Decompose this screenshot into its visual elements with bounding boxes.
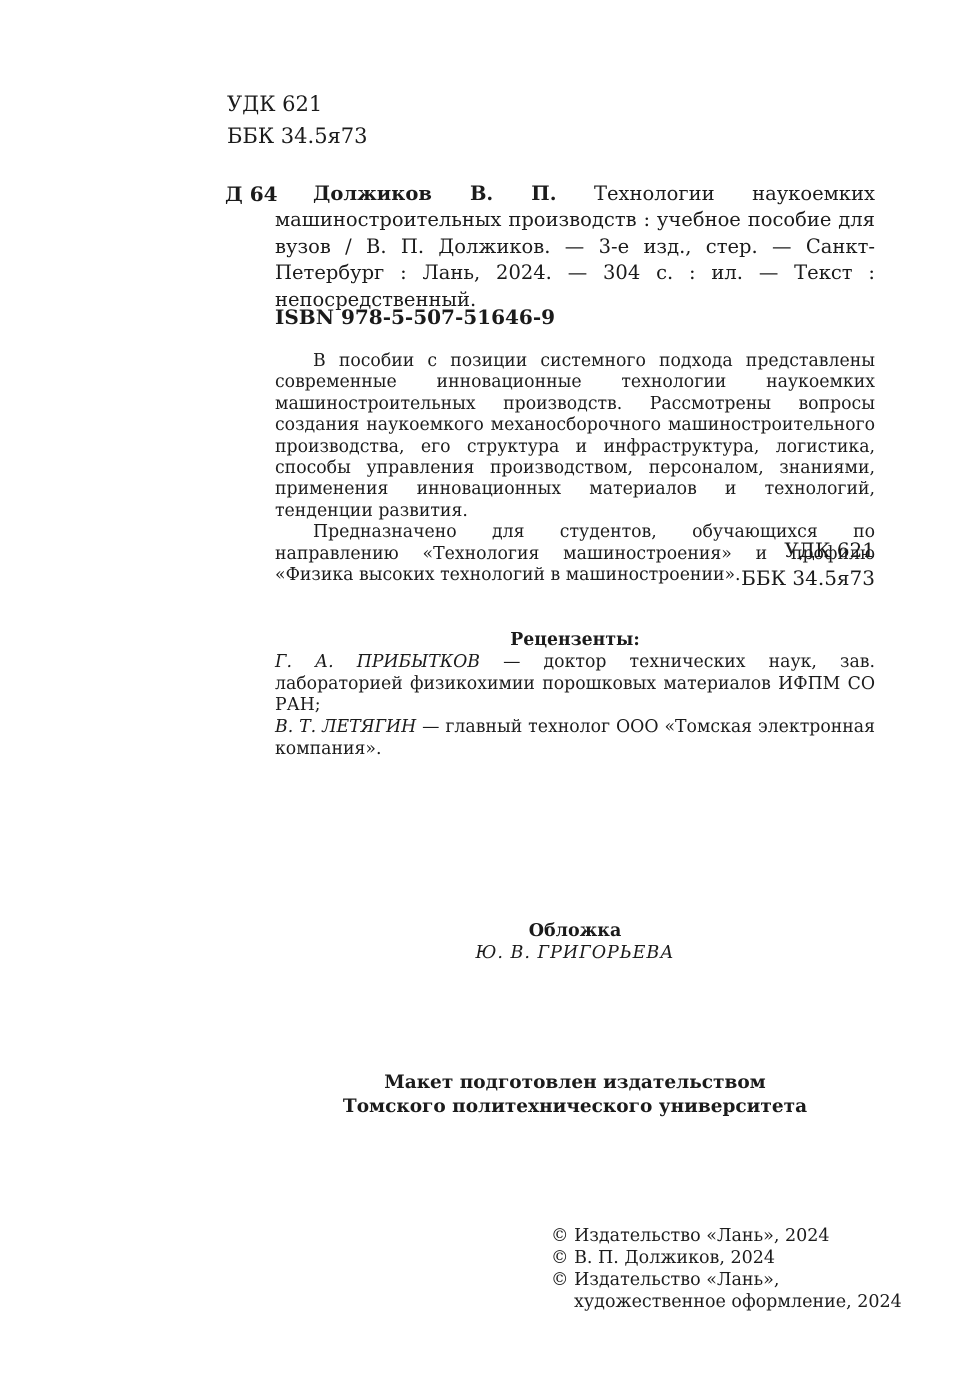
cover-credit-block: Обложка Ю. В. ГРИГОРЬЕВА (275, 920, 875, 964)
copyright-line-4: художественное оформление, 2024 (551, 1291, 902, 1313)
udk-code-top: УДК 621 (227, 88, 368, 120)
cover-artist-name: Ю. В. ГРИГОРЬЕВА (275, 942, 875, 964)
imprint-block: Макет подготовлен издательством Томского… (275, 1071, 875, 1118)
reviewer-1-name: Г. А. ПРИБЫТКОВ (275, 652, 480, 672)
classification-codes-right: УДК 621 ББК 34.5я73 (275, 536, 875, 592)
copyright-line-2: © В. П. Должиков, 2024 (551, 1247, 902, 1269)
bibliographic-entry: Должиков В. П. Технологии наукоемких маш… (275, 181, 875, 313)
copyright-line-3: © Издательство «Лань», (551, 1269, 902, 1291)
imprint-page: { "top_codes": { "udk": "УДК 621", "bbk"… (0, 0, 975, 1388)
annotation-para-1: В пособии с позиции системного подхода п… (275, 351, 875, 522)
cover-heading: Обложка (275, 920, 875, 942)
reviewers-heading: Рецензенты: (275, 630, 875, 652)
reviewer-1: Г. А. ПРИБЫТКОВ — доктор технических нау… (275, 652, 875, 717)
bib-author-sign: Д 64 (225, 182, 278, 206)
reviewers-block: Рецензенты: Г. А. ПРИБЫТКОВ — доктор тех… (275, 630, 875, 761)
reviewer-2: В. Т. ЛЕТЯГИН — главный технолог ООО «То… (275, 717, 875, 761)
bbk-code-right: ББК 34.5я73 (275, 564, 875, 592)
imprint-line-1: Макет подготовлен издательством (275, 1071, 875, 1095)
reviewer-2-name: В. Т. ЛЕТЯГИН (275, 717, 416, 737)
classification-codes-top: УДК 621 ББК 34.5я73 (227, 88, 368, 152)
bib-author-name: Должиков В. П. (313, 182, 557, 205)
udk-code-right: УДК 621 (275, 536, 875, 564)
copyright-block: © Издательство «Лань», 2024 © В. П. Долж… (551, 1225, 902, 1313)
isbn-number: ISBN 978-5-507-51646-9 (275, 305, 555, 329)
bbk-code-top: ББК 34.5я73 (227, 120, 368, 152)
copyright-line-1: © Издательство «Лань», 2024 (551, 1225, 902, 1247)
imprint-line-2: Томского политехнического университета (275, 1095, 875, 1119)
